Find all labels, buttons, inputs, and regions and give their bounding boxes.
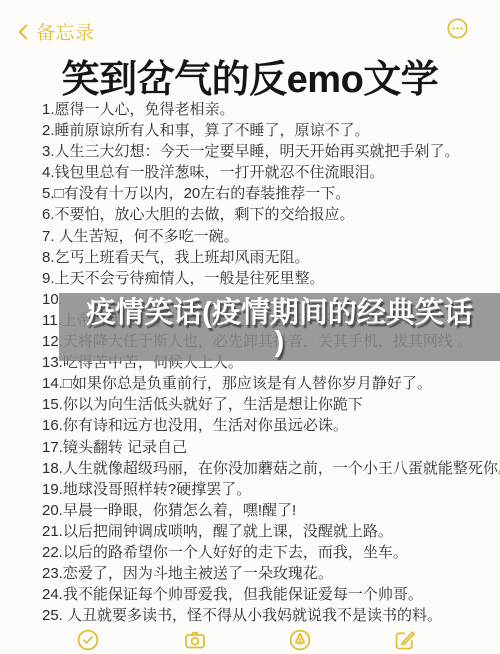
- note-title: 笑到岔气的反emo文学: [0, 48, 500, 103]
- compose-button[interactable]: [393, 628, 417, 652]
- notes-app-screen: 备忘录 笑到岔气的反emo文学 1.愿得一人心，免得老相亲。 2.睡前原谅所有人…: [0, 0, 500, 654]
- list-item-7: 7. 人生苦短，何不多吃一碗。: [42, 226, 498, 247]
- list-item-21: 21.以后把闹钟调成唢呐，醒了就上课，没醒就上路。: [42, 521, 498, 542]
- camera-button[interactable]: [183, 628, 207, 652]
- ellipsis-circle-icon: [446, 17, 469, 40]
- list-item-22: 22.以后的路希望你一个人好好的走下去，而我，坐车。: [42, 542, 498, 563]
- list-item-3: 3.人生三大幻想：今天一定要早睡，明天开始再买就把手剁了。: [42, 141, 498, 162]
- list-item-18: 18.人生就像超级玛丽，在你没加蘑菇之前，一个小王八蛋就能整死你。: [42, 458, 498, 479]
- watermark-overlay: 疫情笑话(疫情期间的经典笑话 ): [59, 293, 500, 361]
- back-button[interactable]: 备忘录: [14, 18, 95, 45]
- watermark-text-line2: ): [275, 326, 285, 358]
- list-item-16: 16.你有诗和远方也没用，生活对你虽远必诛。: [42, 415, 498, 436]
- list-item-8: 8.乞丐上班看天气，我上班却风雨无阻。: [42, 247, 498, 268]
- list-item-4: 4.钱包里总有一股洋葱味，一打开就忍不住流眼泪。: [42, 162, 498, 183]
- checklist-icon: [76, 628, 100, 652]
- list-item-23: 23.恋爱了，因为斗地主被送了一朵玫瑰花。: [42, 563, 498, 584]
- list-item-9: 9.上天不会亏待痴情人，一般是往死里整。: [42, 268, 498, 289]
- list-item-2: 2.睡前原谅所有人和事，算了不睡了，原谅不了。: [42, 120, 498, 141]
- markup-button[interactable]: [288, 628, 312, 652]
- list-item-19: 19.地球没哥照样转?硬撑罢了。: [42, 479, 498, 500]
- checklist-button[interactable]: [76, 628, 100, 652]
- watermark-text-line1: 疫情笑话(疫情期间的经典笑话: [86, 297, 473, 329]
- list-item-5: 5.□有没有十万以内，20左右的春装推荐一下。: [42, 183, 498, 204]
- list-item-6: 6.不要怕，放心大胆的去做，剩下的交给报应。: [42, 204, 498, 225]
- compose-icon: [393, 628, 417, 652]
- list-item-25: 25. 人丑就要多读书，怪不得从小我妈就说我不是读书的料。: [42, 605, 498, 626]
- back-label: 备忘录: [36, 18, 95, 45]
- chevron-left-icon: [14, 22, 34, 42]
- list-item-1: 1.愿得一人心，免得老相亲。: [42, 99, 498, 120]
- list-item-15: 15.你以为向生活低头就好了，生活是想让你跪下: [42, 394, 498, 415]
- note-body[interactable]: 1.愿得一人心，免得老相亲。 2.睡前原谅所有人和事，算了不睡了，原谅不了。 3…: [42, 99, 498, 626]
- list-item-14: 14.□如果你总是负重前行，那应该是有人替你岁月静好了。: [42, 373, 498, 394]
- list-item-24: 24.我不能保证每个帅哥爱我，但我能保证爱每一个帅哥。: [42, 584, 498, 605]
- more-options-button[interactable]: [446, 17, 469, 40]
- camera-icon: [183, 628, 207, 652]
- markup-pen-icon: [288, 628, 312, 652]
- list-item-17: 17.镜头翻转 记录自己: [42, 437, 498, 458]
- list-item-20: 20.早晨一睁眼，你猜怎么着，嘿!醒了!: [42, 500, 498, 521]
